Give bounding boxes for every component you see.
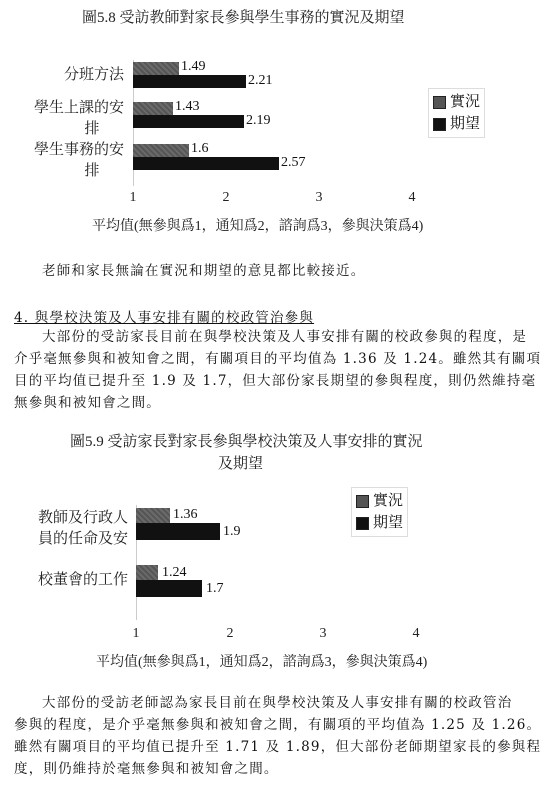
category-label: 校董會的工作	[20, 570, 128, 591]
category-label: 教師及行政人 員的任命及安	[20, 508, 128, 550]
x-tick: 3	[309, 190, 329, 206]
paragraph-2: 大部份的受訪老師認為家長目前在與學校決策及人事安排有關的校政管治 參與的程度，是…	[14, 692, 544, 780]
legend-label: 期望	[450, 113, 480, 135]
category-label-line: 分班方法	[64, 67, 124, 83]
x-tick: 3	[313, 626, 333, 642]
category-label: 分班方法	[20, 65, 124, 86]
category-label: 學生事務的安 排	[20, 140, 124, 182]
value-label: 2.19	[246, 114, 271, 128]
bar-actual-0	[136, 508, 170, 523]
swatch-expect-icon	[433, 118, 446, 131]
value-label: 2.21	[248, 74, 273, 88]
legend-item-expect: 期望	[356, 512, 403, 534]
paragraph-line: 參與的程度，是介乎毫無參與和被知會之間，有關項的平均值為 1.25 及 1.26…	[14, 714, 544, 736]
swatch-actual-icon	[356, 495, 369, 508]
legend-item-actual: 實況	[356, 490, 403, 512]
figure-5-9-title-line-1: 圖5.9 受訪家長對家長參與學校決策及人事安排的實況	[70, 430, 423, 451]
paragraph-line: 雖然有關項目的平均值已提升至 1.71 及 1.89，但大部份老師期望家長的參與…	[14, 736, 544, 758]
paragraph-1: 大部份的受訪家長目前在與學校決策及人事安排有關的校政參與的程度，是 介乎毫無參與…	[14, 326, 544, 414]
paragraph-line: 介乎毫無參與和被知會之間，有關項目的平均值為 1.36 及 1.24。雖然其有關…	[14, 348, 544, 370]
x-tick: 1	[126, 626, 146, 642]
value-label: 2.57	[281, 156, 306, 170]
x-axis-title: 平均值(無參與爲1，通知爲2，諮詢爲3，參與決策爲4)	[96, 651, 427, 671]
value-label: 1.6	[191, 142, 209, 156]
summary-text: 老師和家長無論在實況和期望的意見都比較接近。	[42, 260, 365, 282]
x-tick: 4	[406, 626, 426, 642]
category-label-line: 員的任命及安	[20, 529, 128, 550]
category-label-line: 學生事務的安	[20, 140, 124, 161]
legend-label: 期望	[373, 512, 403, 534]
swatch-expect-icon	[356, 517, 369, 530]
legend-label: 實況	[450, 91, 480, 113]
legend: 實況 期望	[351, 487, 408, 537]
bar-actual-1	[133, 102, 173, 115]
x-tick: 2	[220, 626, 240, 642]
bar-expect-2	[133, 157, 279, 170]
figure-5-9-title-line-2: 及期望	[218, 452, 263, 473]
paragraph-line: 無參與和被知會之間。	[14, 392, 544, 414]
value-label: 1.7	[206, 582, 224, 596]
bar-expect-1	[136, 580, 202, 597]
paragraph-line: 度，則仍維持於毫無參與和被知會之間。	[14, 758, 544, 780]
value-label: 1.24	[162, 566, 187, 580]
bar-actual-1	[136, 565, 158, 580]
section-heading: 4. 與學校決策及人事安排有關的校政管治參與	[14, 306, 314, 326]
value-label: 1.9	[223, 525, 241, 539]
value-label: 1.43	[175, 100, 200, 114]
category-label-line: 排	[20, 161, 124, 182]
swatch-actual-icon	[433, 96, 446, 109]
category-label-line: 學生上課的安	[20, 98, 124, 119]
legend-label: 實況	[373, 490, 403, 512]
bar-actual-0	[133, 62, 179, 75]
bar-expect-0	[136, 523, 220, 540]
bar-actual-2	[133, 144, 189, 157]
category-label-line: 教師及行政人	[20, 508, 128, 529]
legend-item-actual: 實況	[433, 91, 480, 113]
value-label: 1.36	[173, 508, 198, 522]
category-label-line: 排	[20, 119, 124, 140]
x-axis-title: 平均值(無參與爲1，通知爲2，諮詢爲3，參與決策爲4)	[92, 215, 423, 235]
bar-expect-1	[133, 115, 244, 128]
figure-5-8-title: 圖5.8 受訪教師對家長參與學生事務的實況及期望	[82, 6, 405, 27]
category-label-line: 校董會的工作	[38, 572, 128, 588]
legend: 實況 期望	[428, 88, 485, 138]
paragraph-line: 大部份的受訪家長目前在與學校決策及人事安排有關的校政參與的程度，是	[14, 326, 544, 348]
paragraph-line: 目的平均值已提升至 1.9 及 1.7，但大部份家長期望的參與程度，則仍然維持毫	[14, 370, 544, 392]
category-label: 學生上課的安 排	[20, 98, 124, 140]
bar-expect-0	[133, 75, 246, 88]
paragraph-line: 大部份的受訪老師認為家長目前在與學校決策及人事安排有關的校政管治	[14, 692, 544, 714]
x-tick: 4	[402, 190, 422, 206]
x-tick: 2	[216, 190, 236, 206]
legend-item-expect: 期望	[433, 113, 480, 135]
value-label: 1.49	[181, 60, 206, 74]
x-tick: 1	[123, 190, 143, 206]
